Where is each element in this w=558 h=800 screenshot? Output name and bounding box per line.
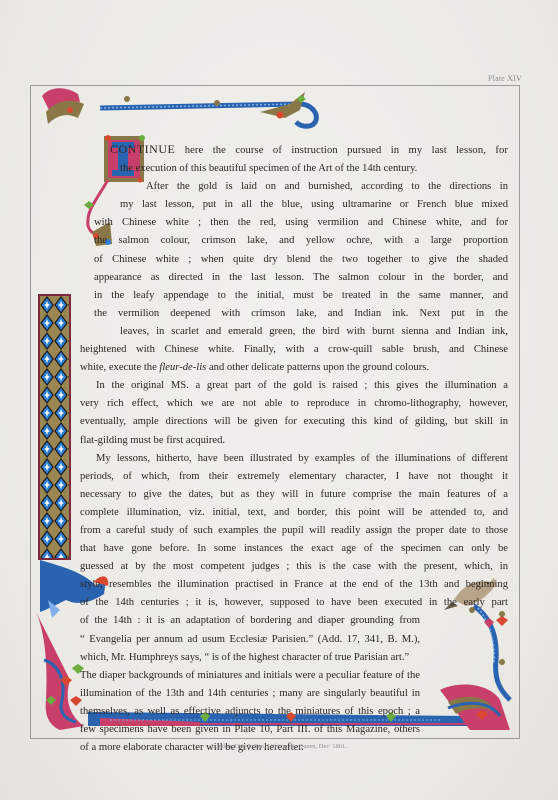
para4-line: style, resembles the illumination practi… bbox=[80, 576, 508, 594]
body-text: CONTINUE here the course of instruction … bbox=[80, 140, 508, 757]
para4-line: necessary to give the dates, but as they… bbox=[80, 486, 508, 504]
para2-line: appearance as directed in the last lesso… bbox=[80, 269, 508, 287]
para4-line: “ Evangelia per annum ad usum Ecclesiæ P… bbox=[80, 631, 420, 649]
para1-line-1: CONTINUE here the course of instruction … bbox=[80, 140, 508, 160]
para2-line: the vermilion deepened with crimson lake… bbox=[80, 305, 508, 323]
para2-last-line: white, execute the fleur-de-lis and othe… bbox=[80, 359, 508, 377]
para2-line: in the leafy appendage to the initial, m… bbox=[80, 287, 508, 305]
publisher-imprint: London, Day & Son, Lithʳˢ to the Queen, … bbox=[0, 743, 558, 750]
para3-line: flat-gilding must be first acquired. bbox=[80, 432, 508, 450]
para3-line: very rich effect, which we are not able … bbox=[80, 395, 508, 413]
para2-line: my last lesson, put in all the blue, usi… bbox=[80, 196, 508, 214]
top-scroll-ornament bbox=[42, 88, 316, 126]
para5-line: illumination of the 13th and 14th centur… bbox=[80, 685, 420, 703]
para4-line: My lessons, hitherto, have been illustra… bbox=[80, 450, 508, 468]
fleur-de-lis-italic: fleur-de-lis bbox=[159, 362, 206, 373]
para3-line: eventually, ample directions will be giv… bbox=[80, 413, 508, 431]
para4-line: guessed at by the most competent judges … bbox=[80, 558, 508, 576]
para2-line: After the gold is laid on and burnished,… bbox=[80, 178, 508, 196]
para5-line: few specimens have been given in Plate 1… bbox=[80, 721, 420, 739]
para4-line: from a careful study of such examples th… bbox=[80, 522, 508, 540]
para1-line-2: the execution of this beautiful specimen… bbox=[80, 160, 508, 178]
para4-line: that have gone before. In some instances… bbox=[80, 540, 508, 558]
para2-line: the salmon colour, crimson lake, and yel… bbox=[80, 232, 508, 250]
para2-line: with Chinese white ; then the red, using… bbox=[80, 214, 508, 232]
lead-caps: CONTINUE bbox=[110, 142, 175, 156]
para4-line: complete illumination, viz. initial, tex… bbox=[80, 504, 508, 522]
para5-line: themselves, as well as effective adjunct… bbox=[80, 703, 420, 721]
lower-left-corner-ornament bbox=[36, 612, 84, 730]
diaper-panel bbox=[38, 294, 71, 560]
para5-line: The diaper backgrounds of miniatures and… bbox=[80, 667, 420, 685]
para4-line: of the 14th centuries ; it is, however, … bbox=[80, 594, 508, 612]
para2-line: heightened with Chinese white. Finally, … bbox=[80, 341, 508, 359]
para4-line: of the 14th : it is an adaptation of bor… bbox=[80, 612, 420, 630]
para4-line: periods, of which, from their extremely … bbox=[80, 468, 508, 486]
para4-line: which, Mr. Humphreys says, “ is of the h… bbox=[80, 649, 420, 667]
para3-line: In the original MS. a great part of the … bbox=[80, 377, 508, 395]
para2-line: of Chinese white ; when quite dry blend … bbox=[80, 251, 508, 269]
para2-line: leaves, in scarlet and emerald green, th… bbox=[80, 323, 508, 341]
